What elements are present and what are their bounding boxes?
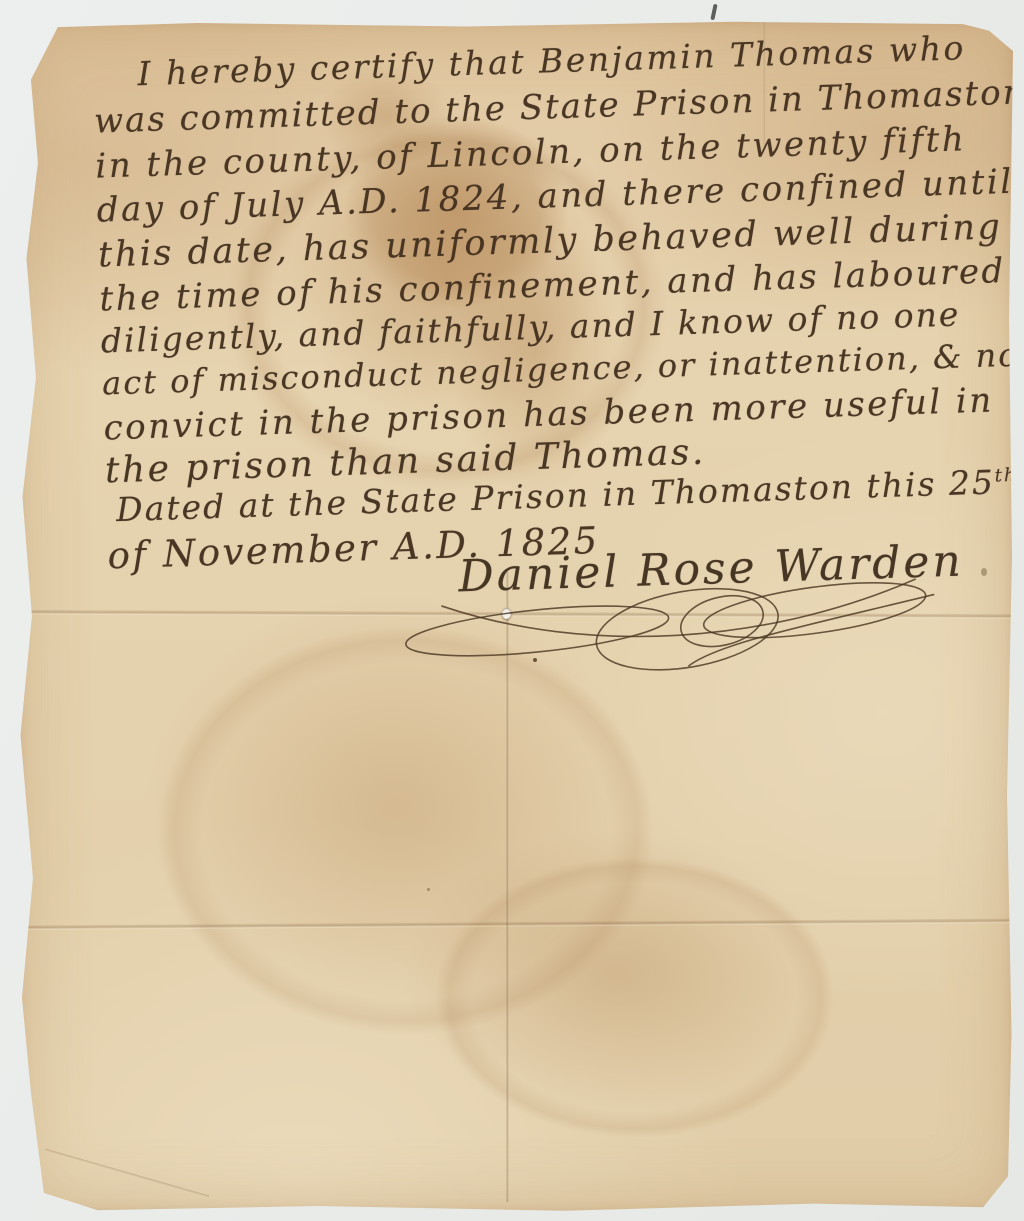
handwriting-dateline-2: of November A.D. 1825 bbox=[107, 522, 600, 574]
handwriting-line: I hereby certify that Benjamin Thomas wh… bbox=[137, 31, 966, 90]
vertical-crease-top bbox=[763, 20, 766, 150]
handwriting-line: diligently, and faithfully, and I know o… bbox=[100, 298, 960, 358]
pin-mark bbox=[710, 4, 717, 20]
handwriting-line: convict in the prison has been more usef… bbox=[103, 383, 994, 445]
horizontal-fold-crease-upper bbox=[18, 610, 1013, 619]
signature: Daniel Rose Warden bbox=[458, 540, 965, 600]
dateline-superscript: th bbox=[994, 465, 1018, 487]
ink-speck bbox=[533, 658, 537, 662]
handwriting-line: act of misconduct negligence, or inatten… bbox=[102, 339, 1020, 400]
corner-crease-bottom-left bbox=[45, 1149, 209, 1199]
horizontal-fold-crease-lower bbox=[18, 919, 1013, 931]
handwriting-line: was committed to the State Prison in Tho… bbox=[93, 75, 1024, 138]
vertical-fold-crease bbox=[506, 572, 509, 1202]
handwriting-line: day of July A.D. 1824, and there confine… bbox=[96, 165, 1014, 228]
handwriting-layer: I hereby certify that Benjamin Thomas wh… bbox=[16, 0, 1024, 1214]
letter-paper: I hereby certify that Benjamin Thomas wh… bbox=[18, 20, 1013, 1212]
pinhole bbox=[502, 608, 511, 619]
dateline-text: Dated at the State Prison in Thomaston t… bbox=[116, 463, 996, 530]
signature-flourish-icon bbox=[386, 566, 949, 689]
scanner-background: I hereby certify that Benjamin Thomas wh… bbox=[0, 0, 1024, 1221]
ink-speck bbox=[981, 568, 987, 576]
handwriting-line: this date, has uniformly behaved well du… bbox=[98, 210, 1003, 273]
handwriting-line: the time of his confinement, and has lab… bbox=[99, 254, 1006, 316]
handwriting-line: in the county, of Lincoln, on the twenty… bbox=[95, 122, 967, 183]
handwriting-line: the prison than said Thomas. bbox=[104, 435, 706, 490]
ink-speck bbox=[427, 888, 430, 891]
handwriting-dateline: Dated at the State Prison in Thomaston t… bbox=[116, 465, 1019, 526]
